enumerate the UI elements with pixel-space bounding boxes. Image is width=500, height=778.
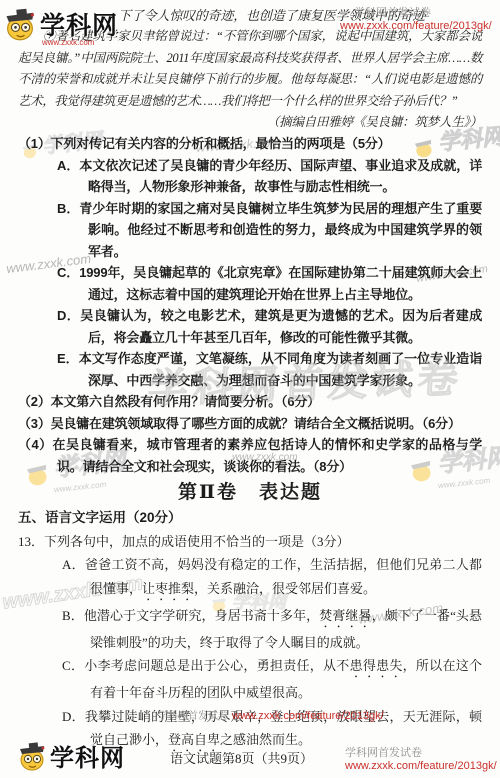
passage-paragraph-7: ⑦著名建筑学家贝聿铭曾说过：“不管你到哪个国家，说起中国建筑，大家都会说起吴良镛… xyxy=(18,26,482,112)
question-1-option-d: D．吴良镛认为，较之电影艺术，建筑是更为遗憾的艺术。因为后者建成后，将会矗立几十… xyxy=(18,305,482,348)
question-1-option-b: B．青少年时期的家国之痛对吴良镛树立毕生筑梦为民居的理想产生了重要影响。他经过不… xyxy=(18,198,482,263)
option-text: ，关系融洽，很受邻居们喜爱。 xyxy=(194,581,376,596)
option-text: B．他潜心于文字学研究，身居书斋十多年， xyxy=(62,608,319,623)
emphasized-idiom: 焚膏继晷 xyxy=(319,608,371,623)
emphasized-idiom: 患得患失 xyxy=(350,658,403,673)
question-13-option-d: D．我攀过陡峭的崖壁，历尽艰辛，登上绝顶，放眼望去，天无涯际，顿觉自己渺小，登高… xyxy=(18,705,482,756)
question-1-block: （1）下列对传记有关内容的分析和概括，最恰当的两项是（5分） A．本文依次记述了… xyxy=(18,133,482,477)
question-4-stem: （4）在吴良镛看来，城市管理者的素养应包括诗人的情怀和史学家的品格与学识。请结合… xyxy=(18,434,482,477)
emphasized-idiom: 让枣推梨 xyxy=(142,581,194,596)
passage-line1: 下了令人惊叹的奇迹，也创造了康复医学领域中的奇迹 xyxy=(118,6,482,26)
passage-source: （摘编自田雅婷《吴良镛：筑梦人生》） xyxy=(18,112,482,133)
paper-content: 下了令人惊叹的奇迹，也创造了康复医学领域中的奇迹 ⑦著名建筑学家贝聿铭曾说过：“… xyxy=(0,0,500,755)
emphasized-idiom: 登高自卑 xyxy=(168,732,220,747)
question-13-option-a: A．爸爸工资不高，妈妈没有稳定的工作，生活拮据，但他们兄弟二人都很懂事，让枣推梨… xyxy=(18,553,482,604)
question-2-stem: （2）本文第六自然段有何作用？请简要分析。（6分） xyxy=(18,391,482,413)
question-1-option-a: A．本文依次记述了吴良镛的青少年经历、国际声望、事业追求及成就，详略得当，人物形… xyxy=(18,155,482,198)
section-5-subheading: 五、语言文字运用（20分） xyxy=(18,506,482,530)
exam-paper-page: 下了令人惊叹的奇迹，也创造了康复医学领域中的奇迹 ⑦著名建筑学家贝聿铭曾说过：“… xyxy=(0,0,500,778)
question-3-stem: （3）吴良镛在建筑领域取得了哪些方面的成就？请结合全文概括说明。（6分） xyxy=(18,413,482,435)
option-text: 之感油然而生。 xyxy=(220,732,311,747)
watermark-release-url: www.zxxk.com/feature/2013gk/ xyxy=(345,760,497,772)
question-13-stem: 13．下列各句中，加点的成语使用不恰当的一项是（3分） xyxy=(18,530,482,553)
section-2-heading: 第Ⅱ卷 表达题 xyxy=(18,480,482,506)
question-1-option-c: C．1999年，吴良镛起草的《北京宪章》在国际建协第二十届建筑师大会上通过，这标… xyxy=(18,262,482,305)
question-13-option-c: C．小李考虑问题总是出于公心，勇担责任，从不患得患失，所以在这个有着十年奋斗历程… xyxy=(18,654,482,705)
option-text: C．小李考虑问题总是出于公心，勇担责任，从不 xyxy=(62,658,350,673)
question-13-option-b: B．他潜心于文字学研究，身居书斋十多年，焚膏继晷，颇下了一番“头悬梁锥刺股”的功… xyxy=(18,604,482,655)
question-1-stem: （1）下列对传记有关内容的分析和概括，最恰当的两项是（5分） xyxy=(18,133,482,155)
question-1-option-e: E．本文写作态度严谨，文笔凝练，从不同角度为读者刻画了一位专业造诣深厚、中西学养… xyxy=(18,348,482,391)
